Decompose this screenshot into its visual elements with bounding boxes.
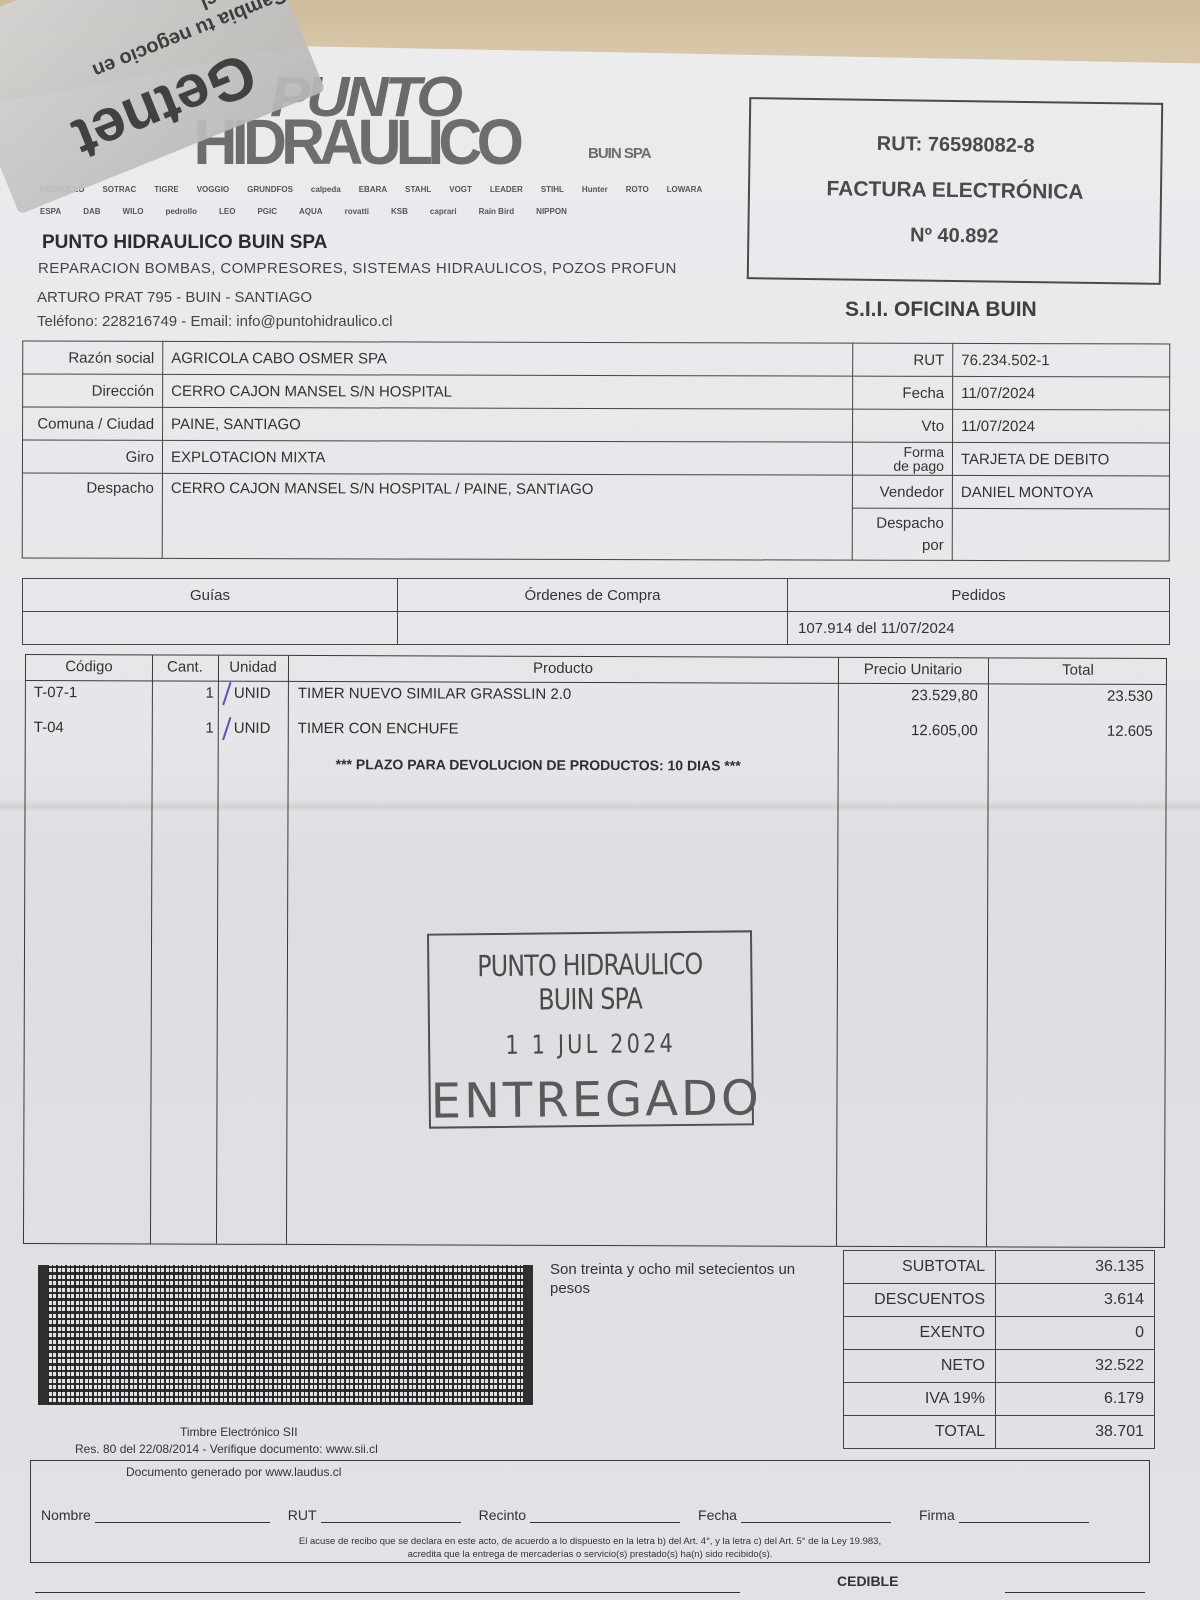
cedible-label: CEDIBLE (837, 1573, 898, 1589)
brand-logo: DAB (83, 207, 100, 216)
item-unidad: UNID (234, 720, 284, 737)
timbre-resolution: Res. 80 del 22/08/2014 - Verifique docum… (75, 1442, 378, 1456)
value-pedidos: 107.914 del 11/07/2024 (788, 612, 1170, 645)
brand-logo: SOTRAC (102, 185, 136, 194)
brand-logo: Hunter (582, 185, 608, 194)
brand-logo: pedrollo (165, 207, 197, 216)
totals-row: NETO32.522 (844, 1350, 1155, 1383)
header-total: Total (988, 661, 1168, 679)
brand-logo: STIHL (541, 185, 564, 194)
col-divider (150, 655, 153, 1243)
references-table: Guías Órdenes de Compra Pedidos 107.914 … (22, 578, 1170, 645)
brand-logo: VOGGIO (197, 185, 229, 194)
totals-label: DESCUENTOS (844, 1284, 996, 1317)
item-total: 23.530 (988, 687, 1153, 705)
field-fecha-line[interactable] (741, 1505, 891, 1523)
label-fecha: Fecha (853, 376, 953, 409)
field-rut-label: RUT (288, 1507, 317, 1523)
document-number: Nº 40.892 (749, 222, 1159, 251)
brand-logo: calpeda (311, 185, 341, 194)
field-recinto-label: Recinto (479, 1507, 526, 1523)
header-unidad: Unidad (218, 659, 288, 676)
value-giro: EXPLOTACION MIXTA (162, 440, 852, 475)
brand-logos-row-2: ESPADABWILOpedrolloLEOPGICAQUArovattiKSB… (40, 207, 567, 216)
brand-logo: STAHL (405, 185, 431, 194)
signature-fields: Nombre RUT Recinto Fecha Firma (41, 1505, 1107, 1523)
totals-value: 32.522 (996, 1350, 1155, 1383)
brand-logo: VOGT (449, 185, 472, 194)
logo-word-buin-spa: BUIN SPA (588, 145, 651, 162)
brand-logo: AQUA (299, 207, 323, 216)
brand-logo: caprari (430, 207, 457, 216)
totals-label: IVA 19% (844, 1383, 996, 1416)
totals-value: 38.701 (996, 1416, 1155, 1449)
field-nombre[interactable]: Nombre (41, 1505, 270, 1523)
value-despacho: CERRO CAJON MANSEL S/N HOSPITAL / PAINE,… (162, 473, 852, 560)
client-info-table: Razón social AGRICOLA CABO OSMER SPA RUT… (22, 340, 1171, 561)
item-codigo: T-07-1 (34, 684, 149, 701)
field-firma-label: Firma (919, 1507, 955, 1523)
totals-value: 6.179 (996, 1383, 1155, 1416)
legal-text-line1: El acuse de recibo que se declara en est… (31, 1535, 1149, 1548)
col-divider (986, 658, 989, 1246)
field-fecha-label: Fecha (698, 1507, 737, 1523)
pdf417-barcode (38, 1265, 533, 1405)
value-vto: 11/07/2024 (953, 409, 1170, 443)
value-ordenes-compra (398, 612, 788, 645)
value-direccion: CERRO CAJON MANSEL S/N HOSPITAL (163, 374, 853, 409)
totals-value: 36.135 (996, 1251, 1155, 1284)
acknowledgment-box: Documento generado por www.laudus.cl Nom… (30, 1460, 1150, 1563)
brand-logo: LEO (219, 207, 235, 216)
field-recinto[interactable]: Recinto (479, 1505, 680, 1523)
issuer-rut: RUT: 76598082-8 (750, 131, 1160, 160)
stamp-status: ENTREGADO (430, 1070, 752, 1129)
totals-value: 3.614 (996, 1284, 1155, 1317)
sii-office: S.I.I. OFICINA BUIN (845, 298, 1037, 322)
brand-logo: ESPA (40, 207, 61, 216)
item-precio: 12.605,00 (838, 722, 978, 739)
totals-row: TOTAL38.701 (844, 1416, 1155, 1449)
field-rut[interactable]: RUT (288, 1505, 461, 1523)
brand-logo: rovatti (345, 207, 369, 216)
value-comuna: PAINE, SANTIAGO (163, 407, 853, 442)
brand-logo: GRUNDFOS (247, 185, 293, 194)
return-policy-note: *** PLAZO PARA DEVOLUCION DE PRODUCTOS: … (336, 756, 741, 773)
amount-in-words: Son treinta y ocho mil setecientos un pe… (550, 1260, 810, 1298)
value-fecha: 11/07/2024 (953, 376, 1170, 410)
cedible-line (1005, 1592, 1145, 1593)
header-ordenes-compra: Órdenes de Compra (398, 579, 788, 612)
document-id-box: RUT: 76598082-8 FACTURA ELECTRÓNICA Nº 4… (747, 97, 1164, 285)
value-despacho-por (952, 508, 1169, 561)
field-rut-line[interactable] (321, 1505, 461, 1523)
item-total: 12.605 (988, 722, 1153, 740)
totals-table: SUBTOTAL36.135DESCUENTOS3.614EXENTO0NETO… (843, 1250, 1155, 1449)
totals-row: IVA 19%6.179 (844, 1383, 1155, 1416)
item-precio: 23.529,80 (838, 687, 978, 704)
item-codigo: T-04 (34, 719, 149, 736)
brand-logo: PGIC (257, 207, 277, 216)
field-nombre-label: Nombre (41, 1507, 91, 1523)
document-type: FACTURA ELECTRÓNICA (750, 176, 1160, 206)
col-divider (836, 658, 839, 1246)
value-rut: 76.234.502-1 (953, 343, 1170, 377)
label-giro: Giro (22, 440, 162, 473)
legal-text-line2: acredita que la entrega de mercaderías o… (31, 1548, 1149, 1561)
totals-row: EXENTO0 (844, 1317, 1155, 1350)
label-despacho-por-line1: Despacho (876, 514, 944, 531)
totals-label: NETO (844, 1350, 996, 1383)
field-fecha[interactable]: Fecha (698, 1505, 891, 1523)
totals-label: SUBTOTAL (844, 1251, 996, 1284)
totals-label: TOTAL (844, 1416, 996, 1449)
label-direccion: Dirección (23, 374, 163, 407)
brand-logo: KSB (391, 207, 408, 216)
header-producto: Producto (288, 659, 838, 678)
header-pedidos: Pedidos (788, 579, 1170, 612)
value-razon-social: AGRICOLA CABO OSMER SPA (163, 341, 853, 376)
label-razon-social: Razón social (23, 341, 163, 374)
legal-text: El acuse de recibo que se declara en est… (31, 1535, 1149, 1561)
totals-value: 0 (996, 1317, 1155, 1350)
item-unidad: UNID (234, 685, 284, 702)
header-cant: Cant. (152, 658, 218, 675)
field-firma[interactable]: Firma (919, 1505, 1089, 1523)
brand-logo: LEADER (490, 185, 523, 194)
pen-check-mark-icon (222, 682, 231, 705)
label-vendedor: Vendedor (852, 475, 952, 508)
value-vendedor: DANIEL MONTOYA (952, 475, 1169, 509)
header-guias: Guías (23, 579, 398, 612)
header-precio-unitario: Precio Unitario (838, 661, 988, 679)
value-forma-pago: TARJETA DE DEBITO (952, 442, 1169, 476)
stamp-date: 1 1 JUL 2024 (462, 1029, 719, 1062)
brand-logo: Rain Bird (479, 207, 515, 216)
label-despacho-por: Despachopor (852, 508, 952, 560)
item-producto: TIMER CON ENCHUFE (298, 720, 828, 739)
timbre-title: Timbre Electrónico SII (180, 1425, 298, 1439)
brand-logo: WILO (123, 207, 144, 216)
brand-logo: ROTO (626, 185, 649, 194)
label-forma-pago-line2: de pago (893, 458, 944, 474)
delivered-stamp: PUNTO HIDRAULICO BUIN SPA 1 1 JUL 2024 E… (427, 930, 754, 1128)
pen-check-mark-icon (222, 717, 231, 740)
totals-label: EXENTO (844, 1317, 996, 1350)
label-vto: Vto (853, 409, 953, 442)
issuer-address: ARTURO PRAT 795 - BUIN - SANTIAGO (37, 289, 312, 306)
issuer-name: PUNTO HIDRAULICO BUIN SPA (42, 232, 327, 254)
brand-logo: EBARA (359, 185, 387, 194)
label-comuna: Comuna / Ciudad (23, 407, 163, 440)
generated-by: Documento generado por www.laudus.cl (126, 1465, 341, 1479)
issuer-contact: Teléfono: 228216749 - Email: info@puntoh… (37, 313, 392, 330)
brand-logo: LOWARA (667, 185, 703, 194)
field-recinto-line[interactable] (530, 1505, 680, 1523)
brand-logo: NIPPON (536, 207, 567, 216)
bottom-signature-line (35, 1592, 740, 1593)
field-nombre-line[interactable] (95, 1505, 270, 1523)
value-guias (23, 612, 398, 645)
header-codigo: Código (26, 658, 152, 675)
item-producto: TIMER NUEVO SIMILAR GRASSLIN 2.0 (298, 685, 828, 704)
brand-logos-row-1: PEDROLLOSOTRACTIGREVOGGIOGRUNDFOScalpeda… (40, 185, 702, 194)
label-despacho: Despacho (22, 473, 162, 558)
issuer-activity: REPARACION BOMBAS, COMPRESORES, SISTEMAS… (38, 260, 677, 277)
item-cant: 1 (152, 684, 214, 701)
brand-logo: TIGRE (154, 185, 178, 194)
totals-row: SUBTOTAL36.135 (844, 1251, 1155, 1284)
stamp-company: PUNTO HIDRAULICO BUIN SPA (458, 947, 722, 1018)
item-cant: 1 (152, 719, 214, 736)
label-forma-pago: Formade pago (852, 442, 952, 475)
totals-row: DESCUENTOS3.614 (844, 1284, 1155, 1317)
col-divider (216, 656, 219, 1244)
label-despacho-por-line2: por (922, 536, 944, 553)
col-divider (286, 656, 289, 1244)
field-firma-line[interactable] (959, 1505, 1089, 1523)
label-rut: RUT (853, 343, 953, 376)
